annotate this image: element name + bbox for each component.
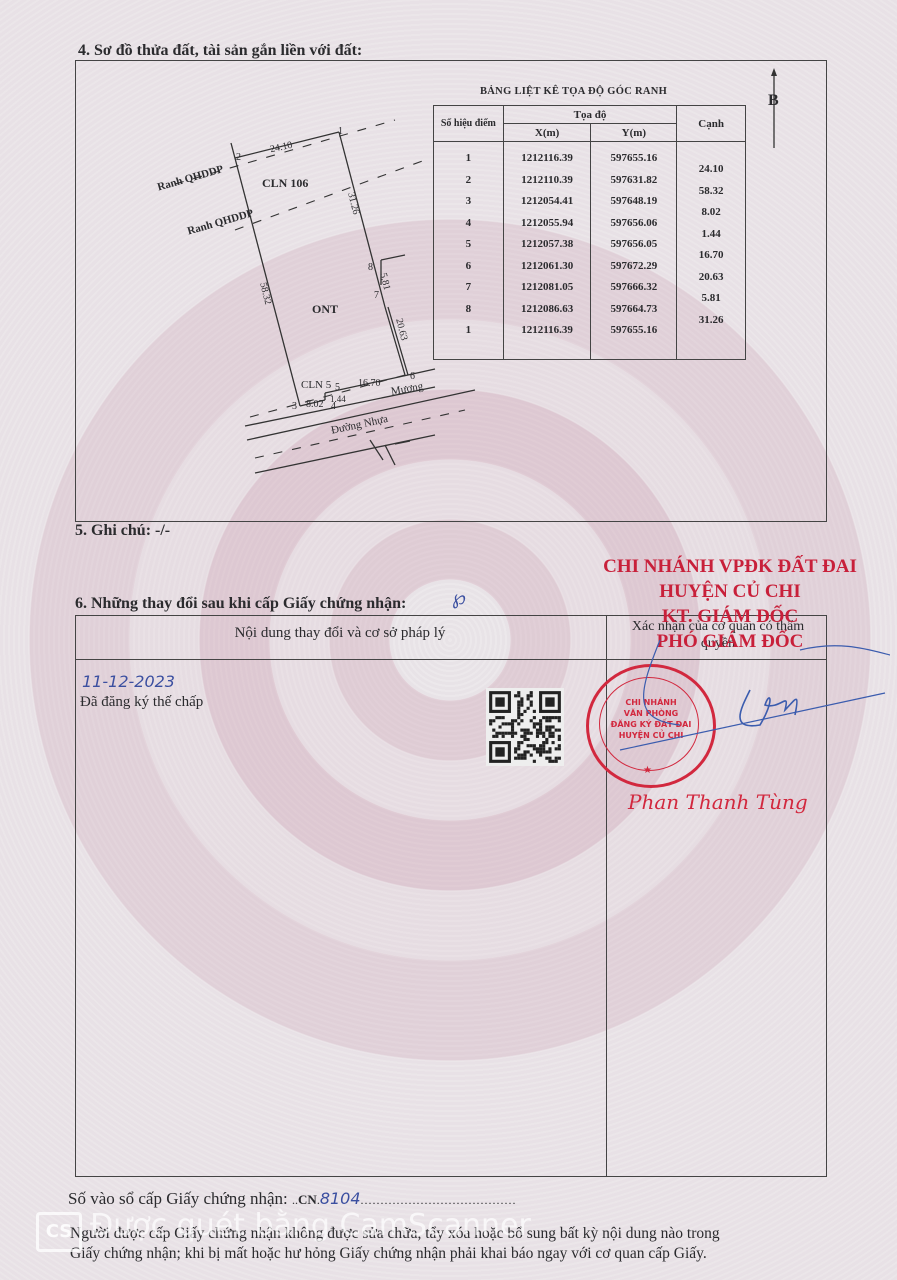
map-point-1: 1: [338, 126, 343, 137]
map-label-cln5: CLN 5: [301, 379, 331, 391]
map-point-2: 2: [236, 152, 241, 163]
section-4-heading: 4. Sơ đồ thửa đất, tài sản gắn liền với …: [78, 42, 362, 60]
authority-line-1: CHI NHÁNH VPĐK ĐẤT ĐAI: [580, 554, 880, 579]
map-label-cln106: CLN 106: [262, 176, 308, 191]
north-label: B: [768, 92, 779, 110]
map-point-6: 6: [410, 371, 415, 382]
column-edge: 24.1058.328.021.4416.7020.635.8131.26: [677, 142, 746, 360]
map-label-ont: ONT: [312, 302, 338, 317]
header-point: Số hiệu điểm: [434, 106, 504, 142]
header-edge: Cạnh: [677, 106, 746, 142]
registry-label: Số vào sổ cấp Giấy chứng nhận:: [68, 1189, 288, 1208]
map-edge-4-5: 1.44: [330, 394, 346, 404]
registry-prefix: CN: [298, 1192, 317, 1207]
signature: [600, 630, 890, 770]
handwritten-mark: ℘: [452, 585, 466, 609]
coord-table-title: BẢNG LIỆT KÊ TỌA ĐỘ GÓC RANH: [480, 86, 667, 97]
col-content-header: Nội dung thay đổi và cơ sở pháp lý: [75, 625, 605, 642]
entry-text: Đã đăng ký thế chấp: [80, 694, 203, 711]
notice-line-2: Giấy chứng nhận; khi bị mất hoặc hư hỏng…: [70, 1244, 890, 1264]
qr-code: [486, 688, 564, 766]
coord-table: Số hiệu điểm Tọa độ Cạnh X(m) Y(m) 12345…: [433, 105, 746, 360]
map-edge-3-4: 8.02: [306, 399, 324, 410]
column-point: 123456781: [434, 142, 504, 360]
map-point-5: 5: [335, 382, 340, 393]
header-y: Y(m): [591, 124, 677, 142]
column-x: 1212116.391212110.391212054.411212055.94…: [503, 142, 591, 360]
registry-number: 8104: [320, 1189, 361, 1208]
header-coord: Tọa độ: [503, 106, 677, 124]
authority-line-2: HUYỆN CỦ CHI: [580, 579, 880, 604]
camscanner-logo: CS: [36, 1212, 82, 1252]
map-point-3: 3: [292, 401, 297, 412]
authority-line-3: KT. GIÁM ĐỐC: [580, 604, 880, 629]
entry-date: 11-12-2023: [82, 672, 175, 691]
section-5-heading: 5. Ghi chú: -/-: [75, 522, 170, 540]
camscanner-watermark: Được quét bằng CamScanner: [90, 1208, 531, 1243]
registry-line: Số vào sổ cấp Giấy chứng nhận: ..CN.8104…: [68, 1189, 517, 1209]
map-point-7: 7: [374, 290, 379, 301]
section-6-heading: 6. Những thay đổi sau khi cấp Giấy chứng…: [75, 595, 406, 613]
column-y: 597655.16597631.82597648.19597656.065976…: [591, 142, 677, 360]
map-edge-5-6: 16.70: [358, 378, 381, 389]
map-point-8: 8: [368, 262, 373, 273]
signer-name: Phan Thanh Tùng: [628, 790, 808, 814]
header-x: X(m): [503, 124, 591, 142]
